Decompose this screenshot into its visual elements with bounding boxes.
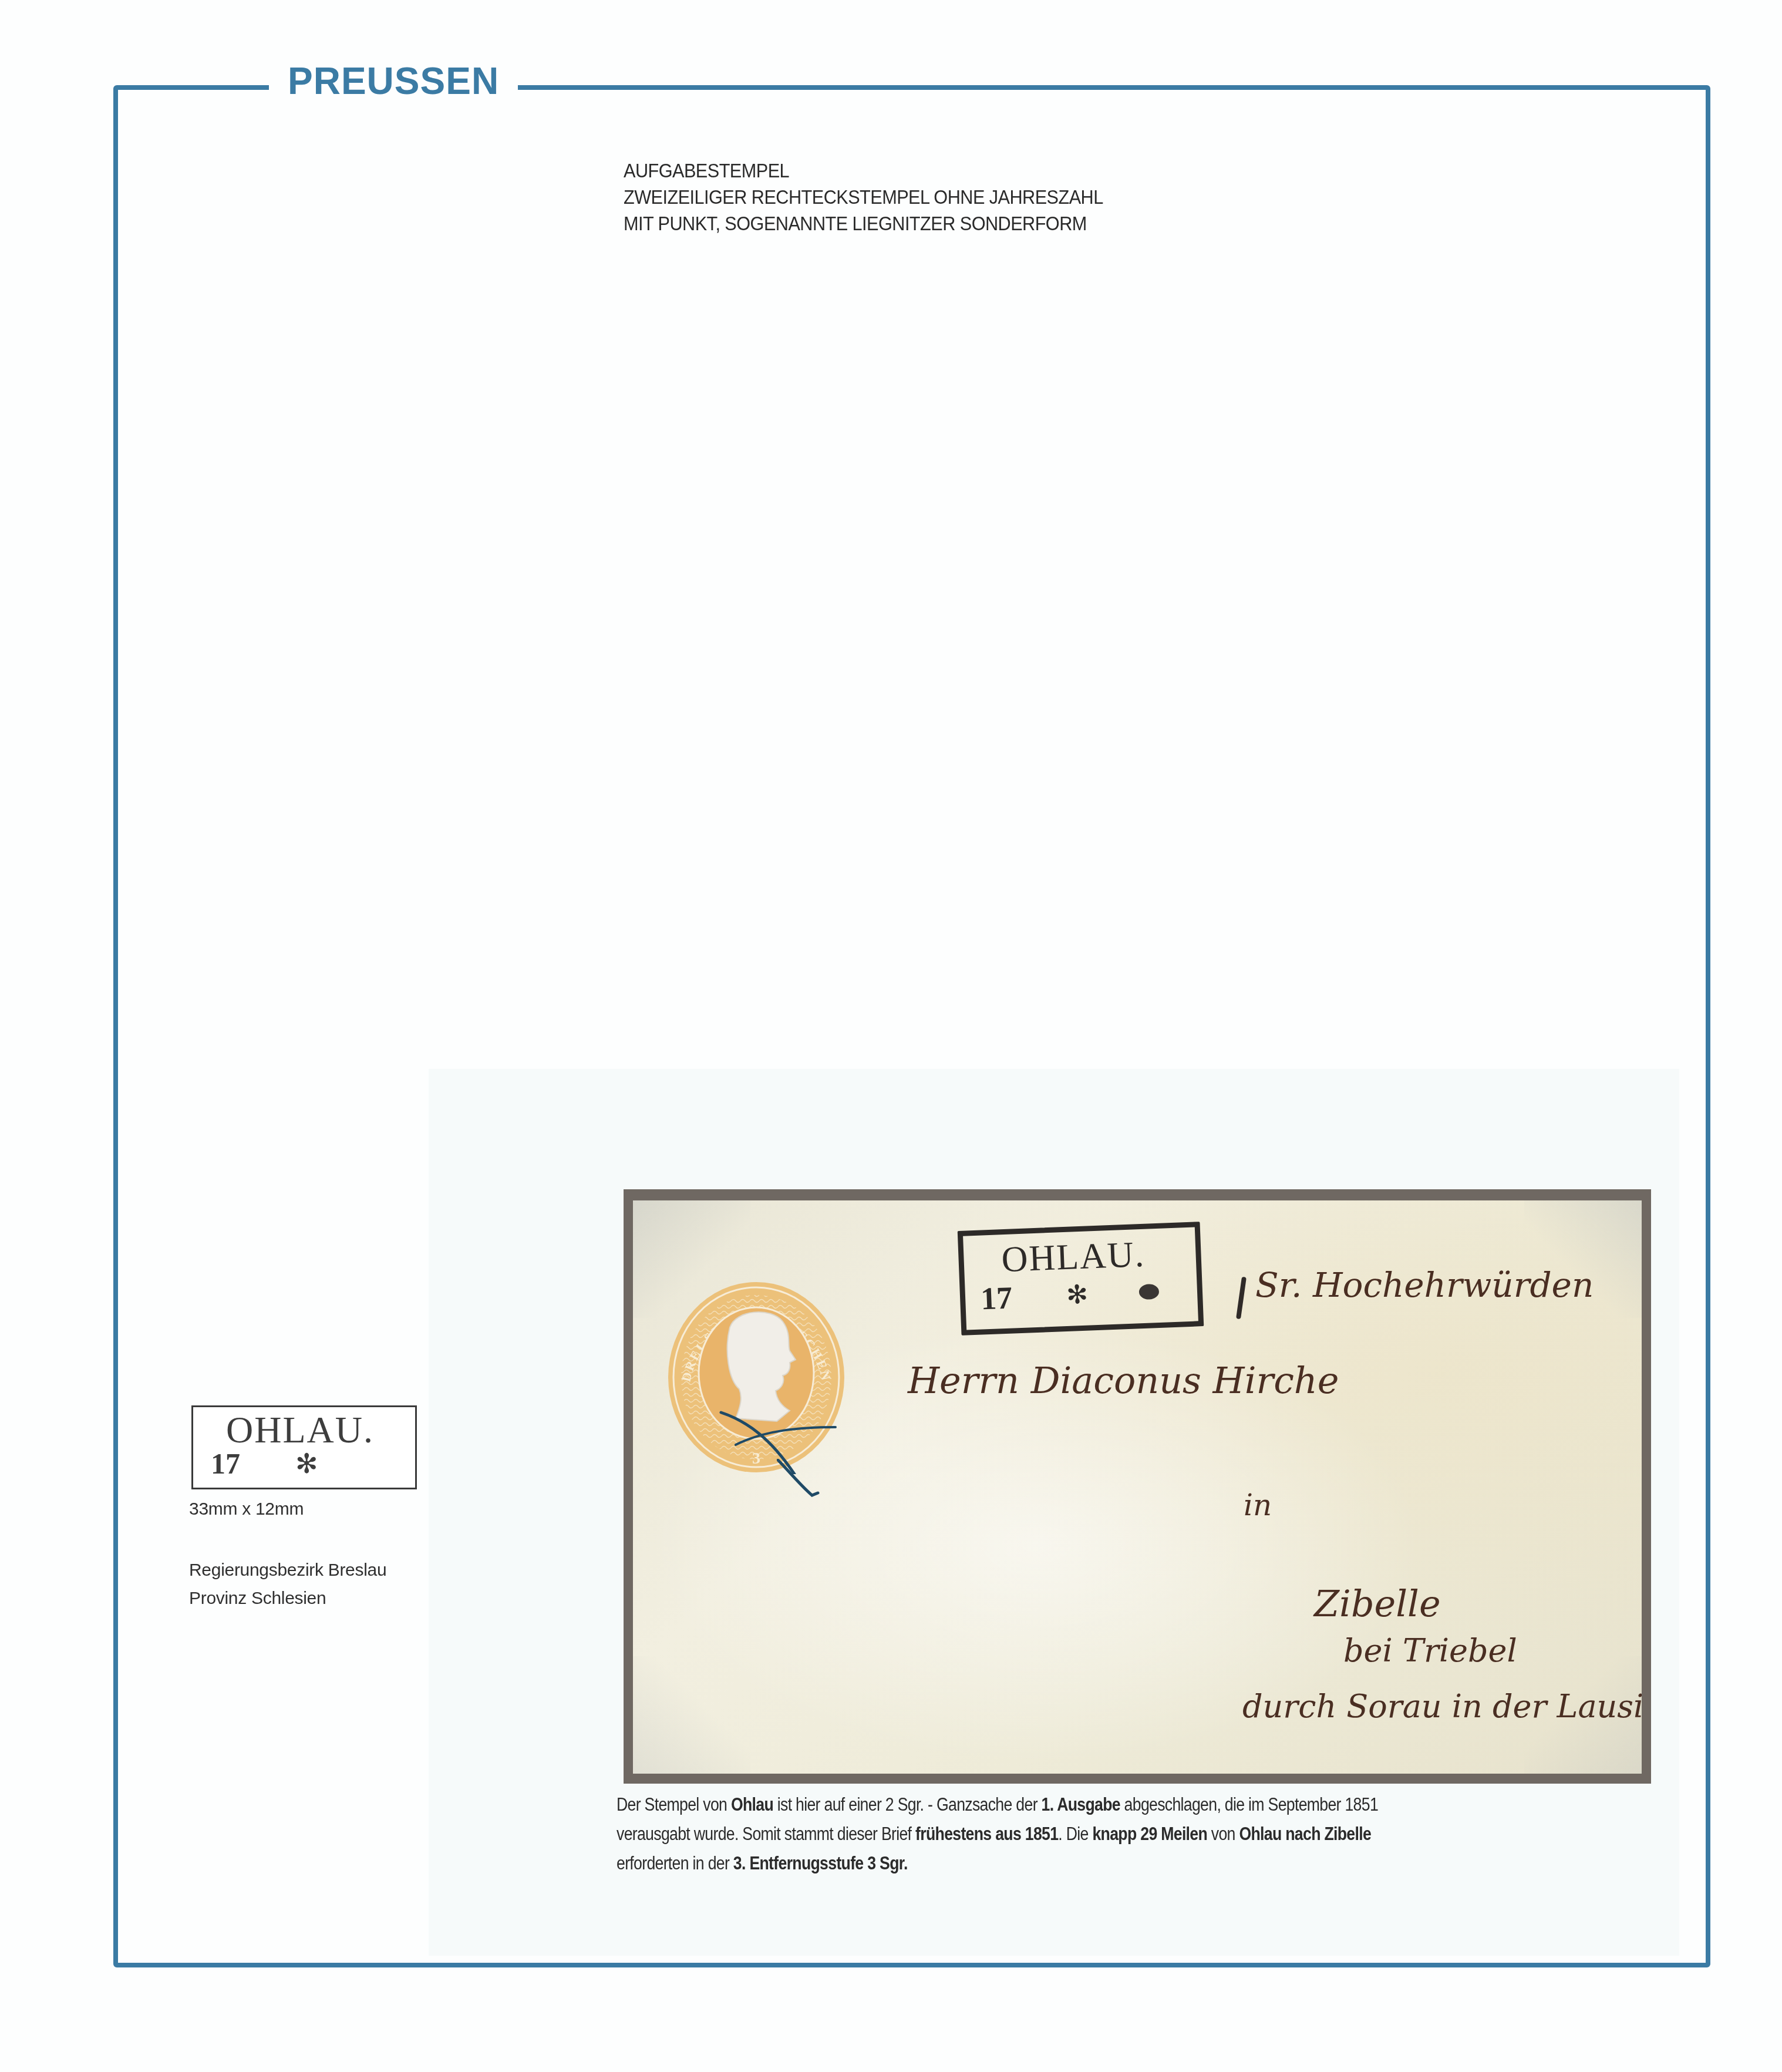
heading-line-3: MIT PUNKT, SOGENANNTE LIEGNITZER SONDERF… [624, 210, 1103, 237]
caption-line: verausgabt wurde. Somit stammt dieser Br… [617, 1819, 1551, 1849]
caption-emphasis: knapp 29 Meilen [1092, 1824, 1207, 1844]
address-line-3: in [1244, 1488, 1272, 1522]
caption-text: verausgabt wurde. Somit stammt dieser Br… [617, 1824, 915, 1844]
address-line-6: durch Sorau in der Lausitz. [1242, 1688, 1642, 1725]
caption-emphasis: 1. Ausgabe [1042, 1794, 1120, 1815]
stamp-value: 3 [752, 1449, 760, 1468]
asterisk-icon: ✻ [295, 1446, 318, 1481]
page-title: PREUSSEN [288, 58, 511, 105]
cancel-dimensions: 33mm x 12mm [189, 1499, 304, 1519]
envelope-cover: DREI SILBER GROSCHEN 3 OHLAU. 17 ✻ Sr. H… [633, 1200, 1642, 1774]
ink-mark [1236, 1277, 1247, 1319]
caption-text: erforderten in der [617, 1853, 733, 1873]
caption-text: ist hier auf einer 2 Sgr. - Ganzsache de… [773, 1794, 1041, 1815]
section-heading: AUFGABESTEMPEL ZWEIZEILIGER RECHTECKSTEM… [624, 157, 1103, 237]
caption-text: . Die [1058, 1824, 1092, 1844]
province-label: Provinz Schlesien [189, 1589, 326, 1609]
ink-blot [1138, 1284, 1159, 1300]
caption-text: von [1207, 1824, 1239, 1844]
cancel-day: 17 [211, 1446, 240, 1481]
pen-cancel-tail [777, 1459, 824, 1500]
cancel-illustration: OHLAU. 17 ✻ [191, 1405, 417, 1489]
caption-emphasis: Ohlau [731, 1794, 773, 1815]
asterisk-icon: ✻ [1066, 1277, 1089, 1313]
address-line-1: Sr. Hochehrwürden [1255, 1265, 1594, 1305]
caption-line: erforderten in der 3. Entfernugsstufe 3 … [617, 1849, 1551, 1878]
caption-emphasis: frühestens aus 1851 [915, 1824, 1058, 1844]
address-line-4: Zibelle [1314, 1582, 1441, 1625]
caption-text: Der Stempel von [617, 1794, 731, 1815]
postmark: OHLAU. 17 ✻ [958, 1222, 1204, 1336]
embossed-stamp: DREI SILBER GROSCHEN 3 [665, 1280, 847, 1474]
heading-line-1: AUFGABESTEMPEL [624, 157, 1103, 184]
caption-emphasis: Ohlau nach Zibelle [1239, 1824, 1371, 1844]
address-line-2: Herrn Diaconus Hirche [908, 1359, 1339, 1402]
caption-emphasis: 3. Entfernugsstufe 3 Sgr. [733, 1853, 908, 1873]
cancel-city: OHLAU. [226, 1410, 374, 1451]
postmark-day: 17 [980, 1280, 1013, 1317]
district-label: Regierungsbezirk Breslau [189, 1560, 386, 1580]
caption-line: Der Stempel von Ohlau ist hier auf einer… [617, 1790, 1551, 1819]
description-caption: Der Stempel von Ohlau ist hier auf einer… [617, 1790, 1551, 1878]
address-line-5: bei Triebel [1343, 1632, 1517, 1669]
caption-text: abgeschlagen, die im September 1851 [1120, 1794, 1378, 1815]
postmark-city: OHLAU. [1001, 1235, 1146, 1279]
envelope-fold [633, 1656, 750, 1774]
heading-line-2: ZWEIZEILIGER RECHTECKSTEMPEL OHNE JAHRES… [624, 184, 1103, 210]
